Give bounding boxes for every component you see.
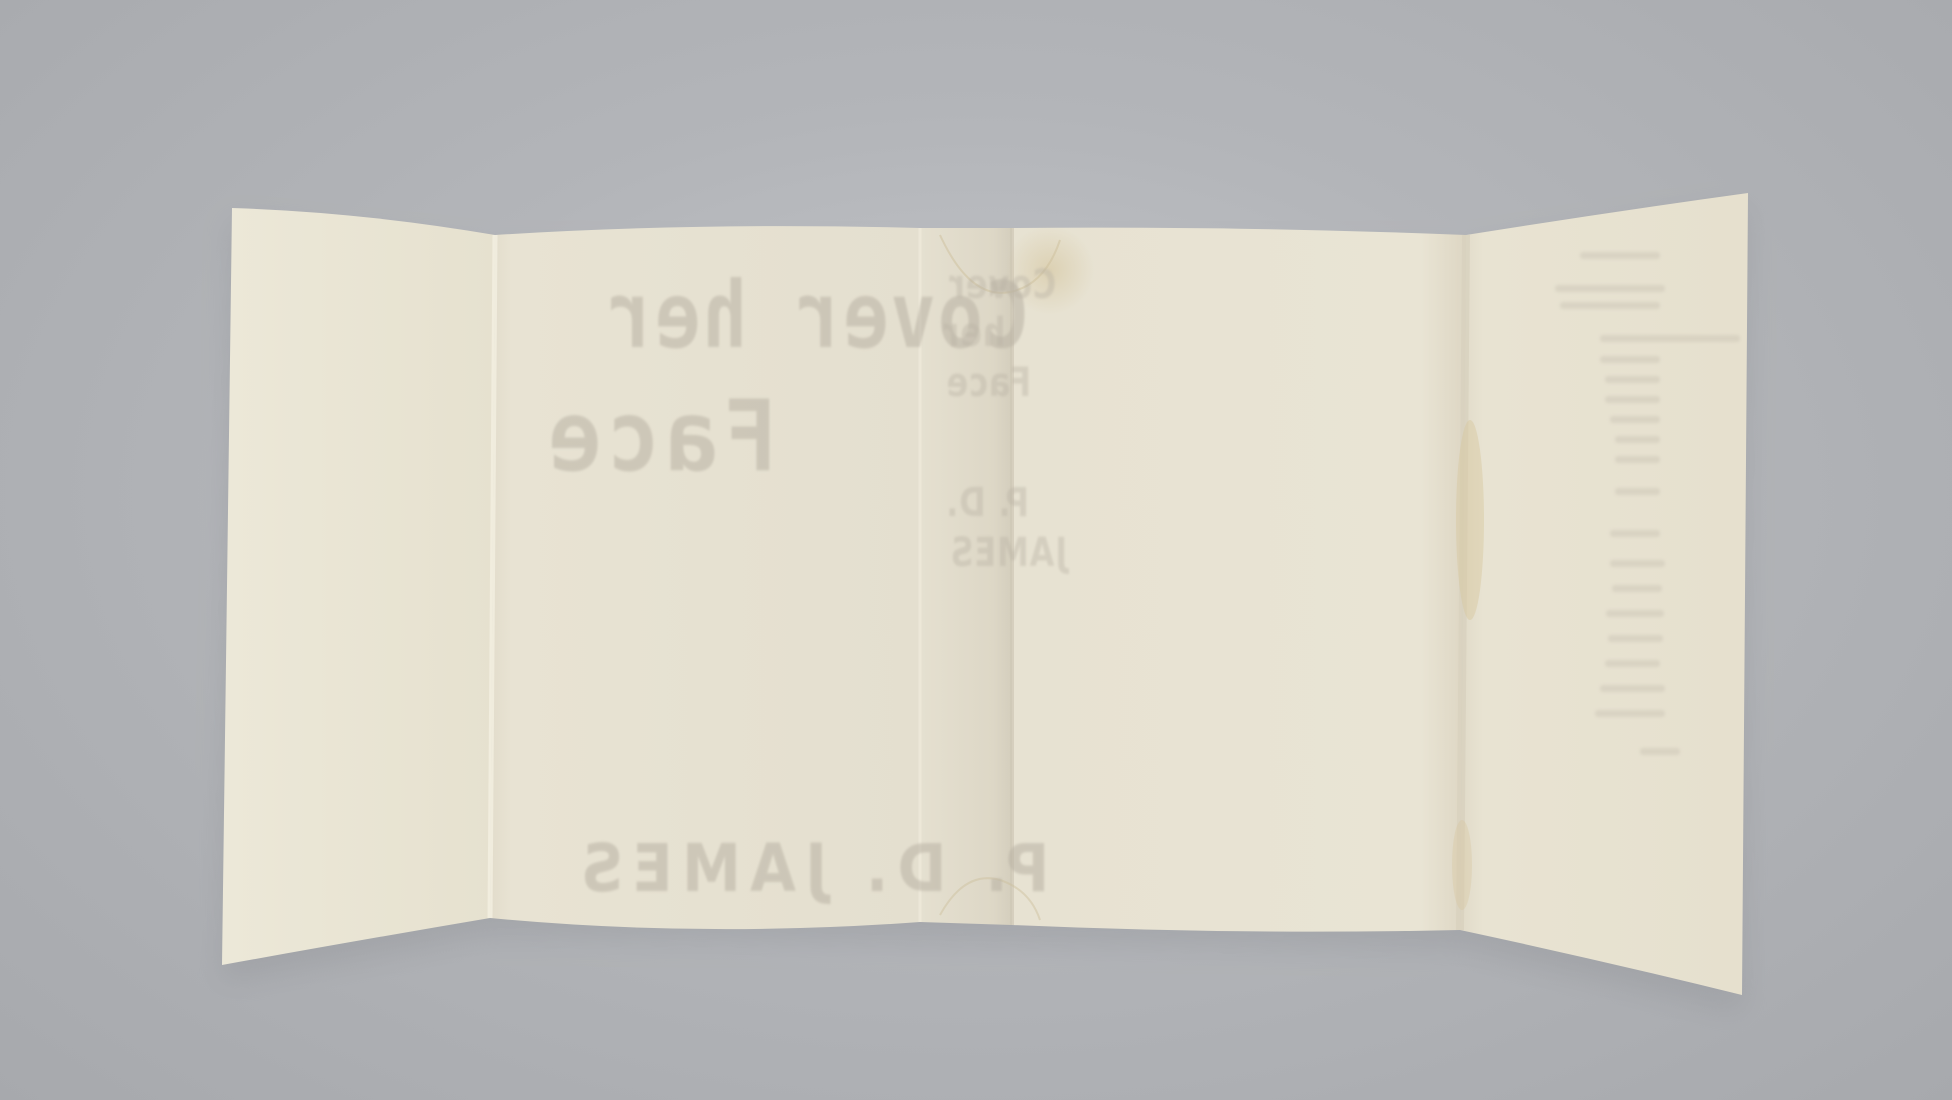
back-cover-panel: [1012, 228, 1466, 932]
dust-jacket: [0, 0, 1952, 1100]
photo-scene: Cover her Face P. D. JAMES Cover her Fac…: [0, 0, 1952, 1100]
front-flap-panel: [222, 208, 495, 965]
front-cover-panel: [490, 226, 920, 929]
stain: [1005, 225, 1095, 315]
spine-panel: [920, 228, 1012, 925]
stain: [1456, 420, 1484, 620]
back-flap-panel: [1460, 193, 1748, 995]
stain: [1452, 820, 1472, 910]
